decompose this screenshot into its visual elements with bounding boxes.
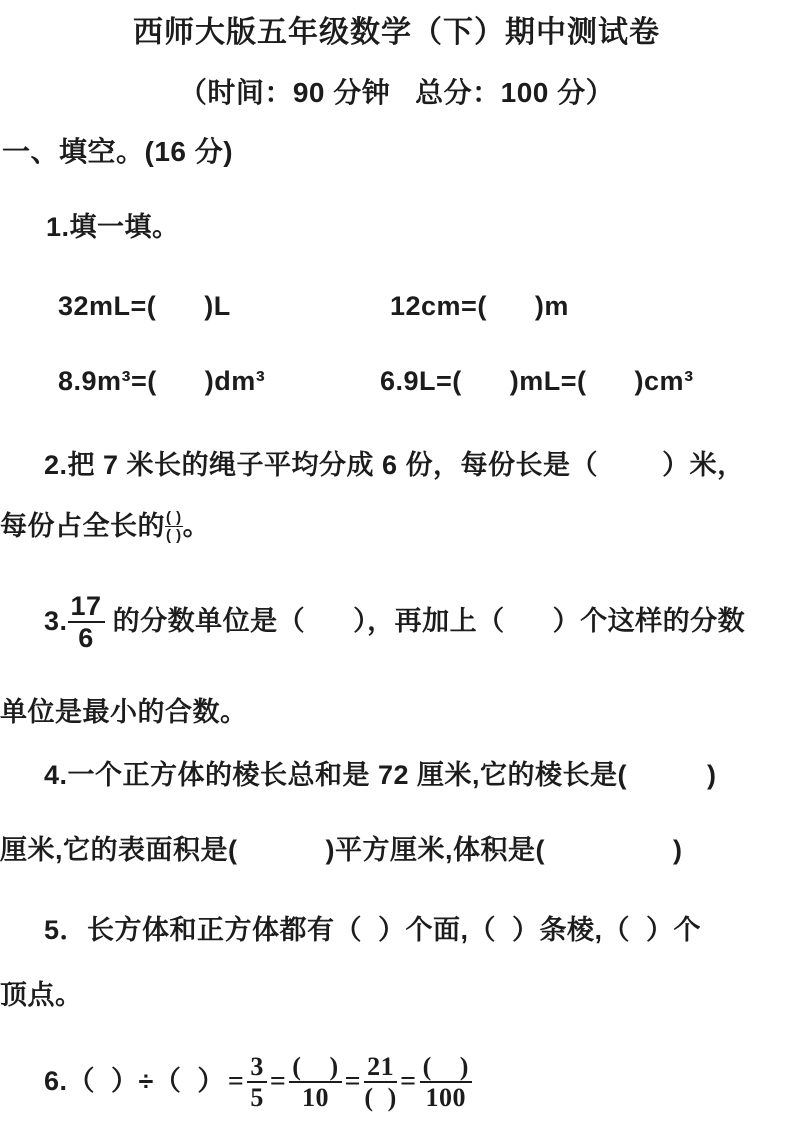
q1-row2-right: 6.9L=( )mL=( )cm³ [380, 366, 694, 397]
exam-title: 西师大版五年级数学（下）期中测试卷 [0, 16, 793, 51]
q6-lead: （ ）÷（ ） [68, 1066, 225, 1097]
q2-line2-period: 。 [183, 511, 211, 542]
q2-fraction-denominator: ( ) [166, 527, 182, 544]
q6-line: 6. （ ）÷（ ） = 3 5 = ( ) 10 = 21 ( ) = ( )… [44, 1046, 472, 1118]
q5-line2: 顶点。 [0, 980, 83, 1011]
q1-row1-left: 32mL=( )L [58, 291, 231, 322]
q6-equals-2: = [267, 1066, 289, 1098]
q3-fraction-denominator: 6 [78, 623, 94, 652]
q6-number: 6. [44, 1066, 68, 1097]
q3-number: 3. [44, 606, 68, 637]
q3-fraction: 17 6 [68, 592, 105, 653]
q4-line2: 厘米,它的表面积是( )平方厘米,体积是( ) [0, 835, 683, 866]
q2-blank-fraction: ( ) ( ) [165, 510, 183, 544]
exam-paper-page: 西师大版五年级数学（下）期中测试卷 （时间：90 分钟 总分：100 分） 一、… [0, 0, 793, 1122]
q1-row1-right: 12cm=( )m [390, 291, 569, 322]
q6-fraction-1: 3 5 [247, 1053, 267, 1112]
exam-info: （时间：90 分钟 总分：100 分） [0, 77, 793, 109]
q6-fraction-2-numerator: ( ) [289, 1053, 341, 1083]
q6-equals-1: = [225, 1066, 247, 1098]
q2-line2: 每份占全长的 ( ) ( ) 。 [0, 498, 210, 556]
q2-line2-text: 每份占全长的 [0, 511, 165, 542]
q1-row2-left: 8.9m³=( )dm³ [58, 366, 265, 397]
q1-label: 1.填一填。 [46, 212, 180, 243]
q6-fraction-3: 21 ( ) [364, 1053, 397, 1112]
q4-line1: 4.一个正方体的棱长总和是 72 厘米,它的棱长是( ) [44, 760, 717, 791]
q6-fraction-2: ( ) 10 [289, 1053, 341, 1112]
q6-fraction-4: ( ) 100 [420, 1053, 472, 1112]
q3-line1-text: 的分数单位是（ ），再加上（ ）个这样的分数 [105, 606, 746, 637]
q6-equals-3: = [342, 1066, 364, 1098]
q6-fraction-2-denominator: 10 [302, 1083, 329, 1111]
q2-fraction-numerator: ( ) [165, 510, 183, 527]
q6-fraction-3-numerator: 21 [364, 1053, 397, 1083]
q5-line1: 5．长方体和正方体都有（ ）个面,（ ）条棱,（ ）个 [44, 915, 701, 946]
q6-fraction-4-numerator: ( ) [420, 1053, 472, 1083]
q3-line2: 单位是最小的合数。 [0, 697, 248, 728]
q6-fraction-3-denominator: ( ) [364, 1083, 396, 1111]
q3-line1: 3. 17 6 的分数单位是（ ），再加上（ ）个这样的分数 [44, 582, 745, 662]
q6-fraction-1-numerator: 3 [247, 1053, 267, 1083]
q3-fraction-numerator: 17 [68, 592, 105, 623]
q6-fraction-4-denominator: 100 [425, 1083, 466, 1111]
q6-fraction-1-denominator: 5 [250, 1083, 264, 1111]
q2-line1: 2.把 7 米长的绳子平均分成 6 份，每份长是（ ）米， [44, 450, 745, 481]
section-heading: 一、填空。(16 分) [2, 136, 233, 168]
q6-equals-4: = [397, 1066, 419, 1098]
